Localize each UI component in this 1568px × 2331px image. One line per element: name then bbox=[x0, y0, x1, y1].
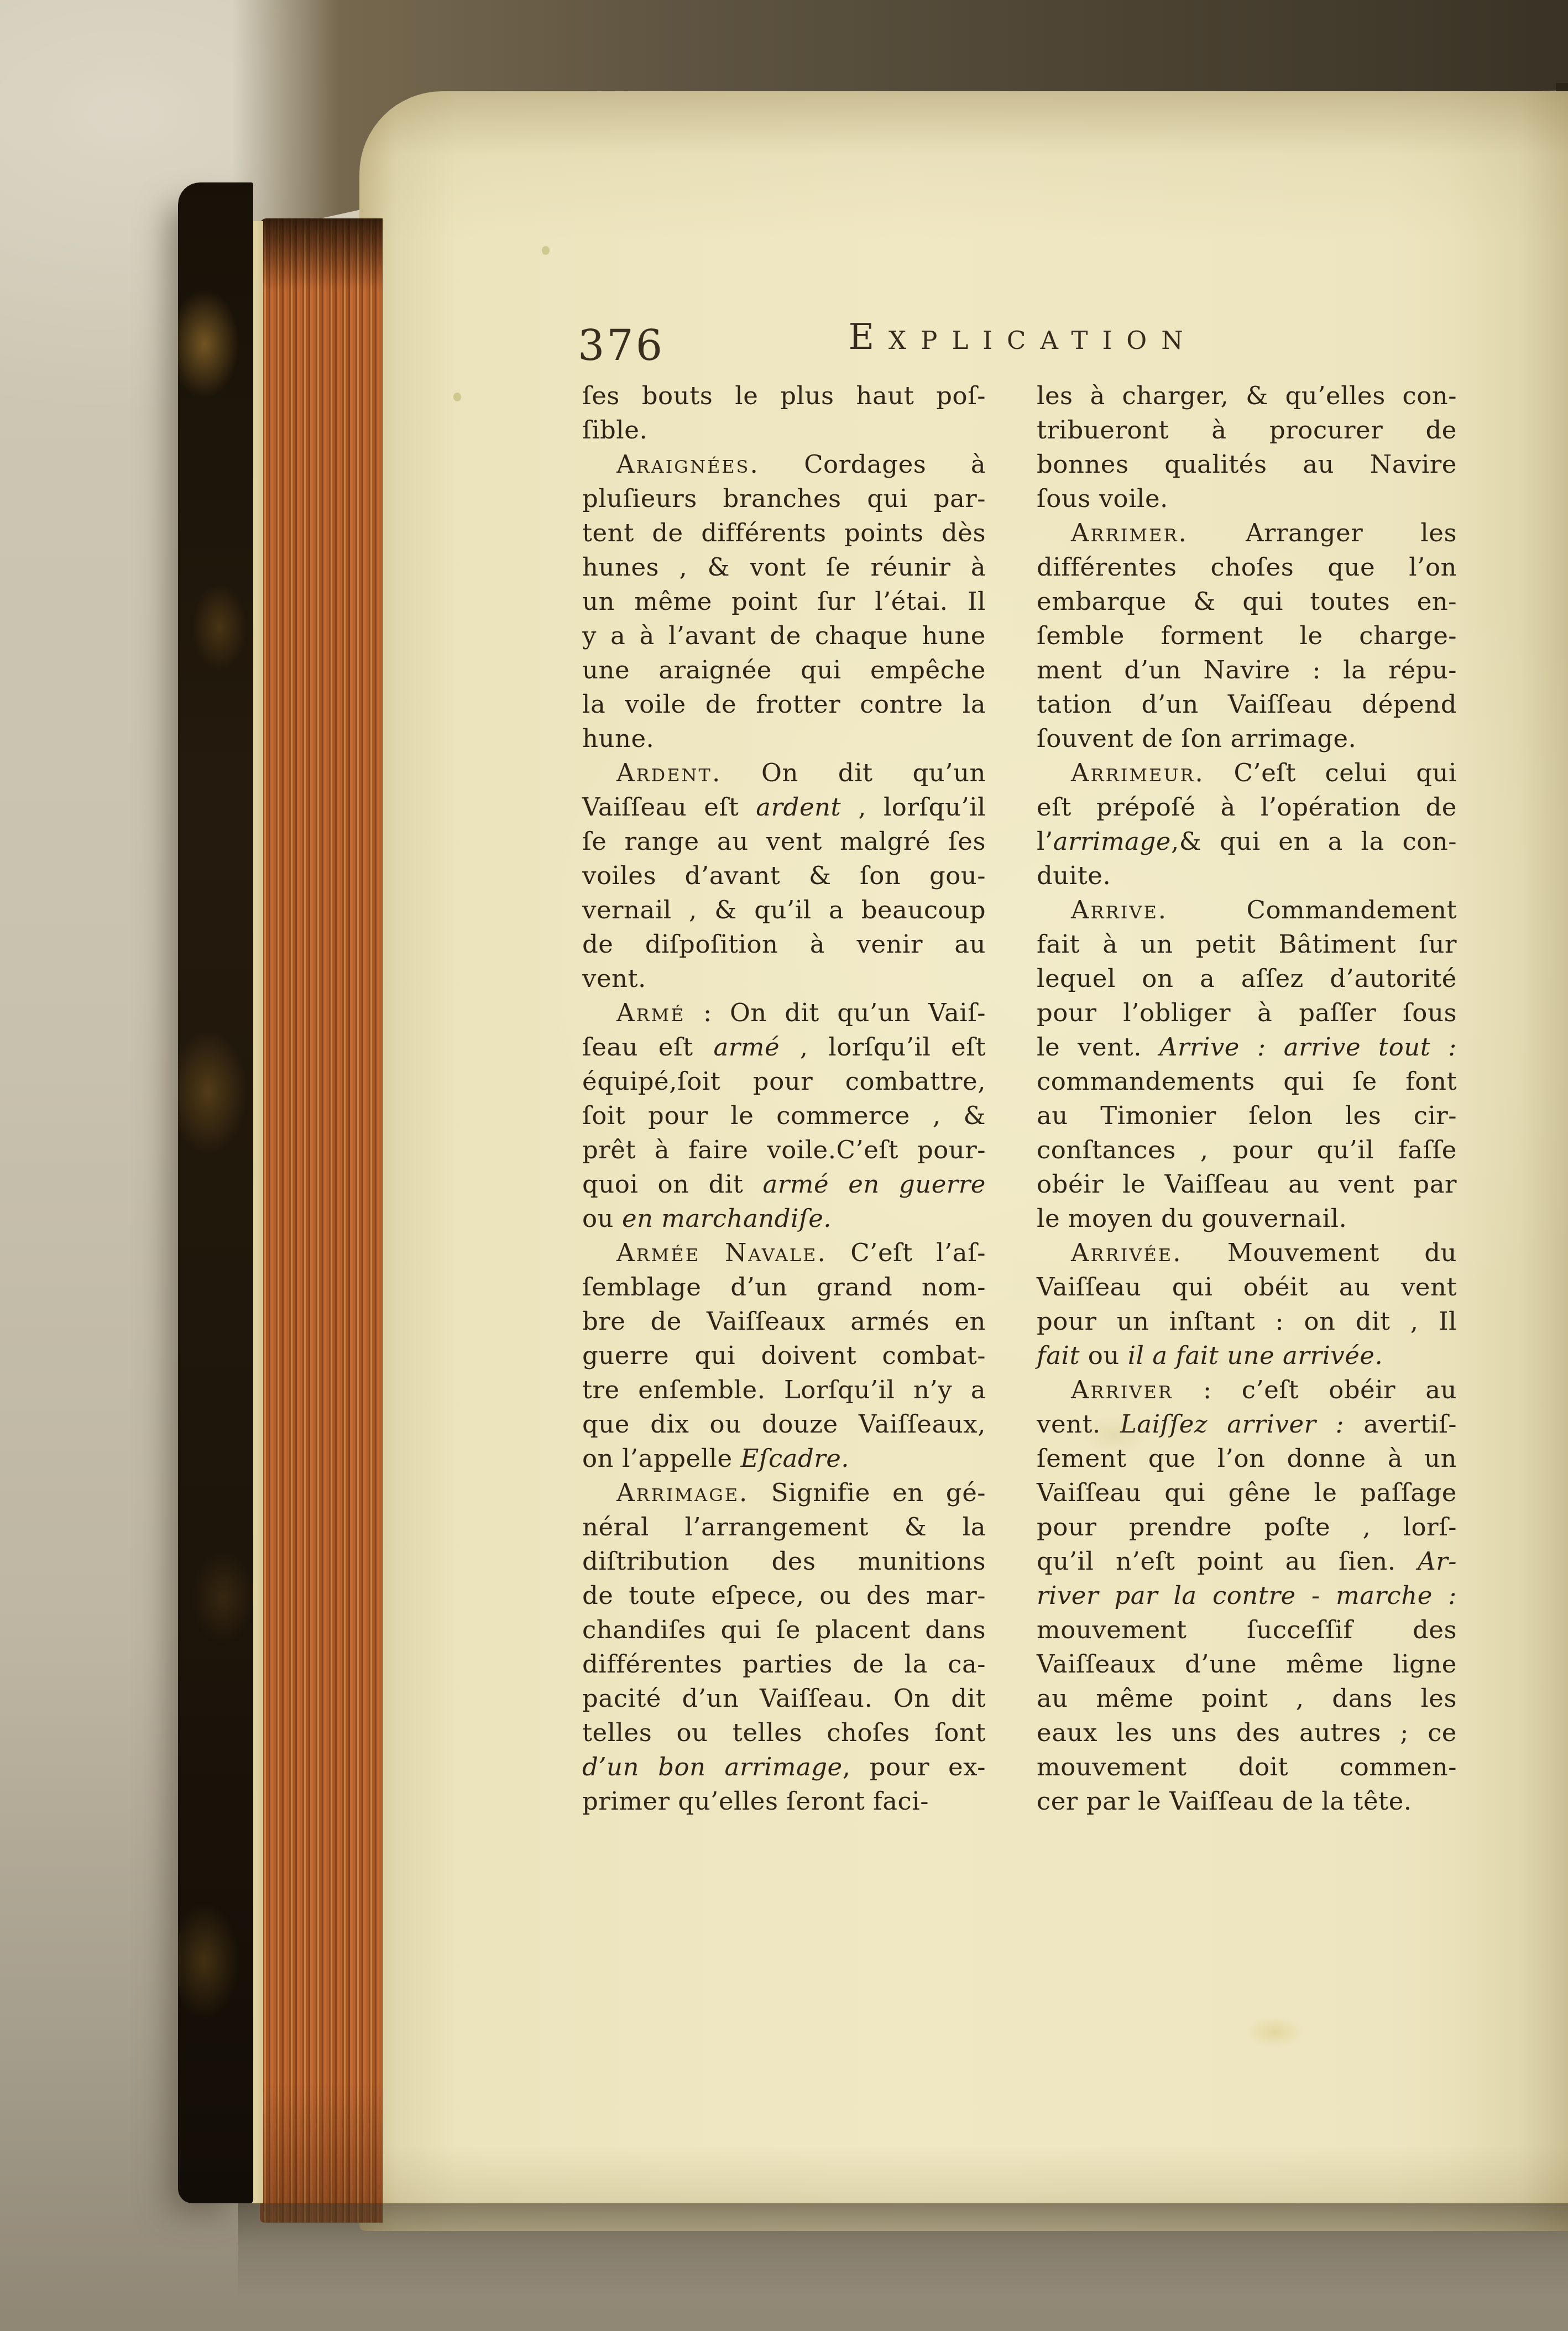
text-line: ſement que l’on donne à un bbox=[1037, 1441, 1457, 1476]
text-line: fait ou il a fait une arrivée. bbox=[1037, 1339, 1457, 1373]
body-text: hunes , & vont ſe réunir à bbox=[582, 552, 986, 582]
text-line: ſible. bbox=[582, 413, 986, 447]
text-line: on l’appelle Eſcadre. bbox=[582, 1441, 986, 1476]
body-text: la voile de frotter contre la bbox=[582, 689, 986, 719]
text-line: eſt prépoſé à l’opération de bbox=[1037, 790, 1457, 824]
text-line: commandements qui ſe font bbox=[1037, 1064, 1457, 1099]
text-line: conſtances , pour qu’il faſſe bbox=[1037, 1133, 1457, 1167]
body-text: pacité d’un Vaiſſeau. On dit bbox=[582, 1684, 986, 1713]
text-line: différentes parties de la ca- bbox=[582, 1647, 986, 1681]
dictionary-entry: Armée Navale. C’eſt l’aſ-ſemblage d’un g… bbox=[582, 1236, 986, 1476]
body-text: lequel on a aſſez d’autorité bbox=[1037, 964, 1457, 993]
body-text: les à charger, & qu’elles con- bbox=[1037, 381, 1457, 410]
text-line: une araignée qui empêche bbox=[582, 653, 986, 687]
text-line: Ardent. On dit qu’un bbox=[582, 756, 986, 790]
text-line: diſtribution des munitions bbox=[582, 1544, 986, 1579]
text-line: de diſpoſition à venir au bbox=[582, 927, 986, 961]
body-text: vent. bbox=[582, 964, 646, 993]
body-text: pour prendre poſte , lorſ- bbox=[1037, 1512, 1457, 1541]
body-text: Commandement bbox=[1168, 895, 1457, 924]
italic-text: armé bbox=[713, 1032, 780, 1062]
text-line: au Timonier ſelon les cir- bbox=[1037, 1099, 1457, 1133]
entry-headword: Armée Navale. bbox=[616, 1238, 827, 1267]
body-text: vent. bbox=[1037, 1409, 1120, 1439]
body-text: qu’il n’eſt point au ſien. bbox=[1037, 1546, 1418, 1576]
body-text: mouvement ſucceſſif des bbox=[1037, 1615, 1457, 1644]
body-text: bonnes qualités au Navire bbox=[1037, 450, 1457, 479]
body-text: vernail , & qu’il a beaucoup bbox=[582, 895, 986, 924]
entry-headword: Armé bbox=[616, 998, 686, 1027]
body-text: au Timonier ſelon les cir- bbox=[1037, 1101, 1457, 1130]
text-line: Arrimeur. C’eſt celui qui bbox=[1037, 756, 1457, 790]
entry-headword: Arrivée. bbox=[1071, 1238, 1182, 1267]
body-text: Vaiſſeau qui gêne le paſſage bbox=[1037, 1478, 1457, 1507]
body-text: : c’eſt obéir au bbox=[1173, 1375, 1457, 1404]
text-line: duite. bbox=[1037, 859, 1457, 893]
text-line: Vaiſſeaux d’une même ligne bbox=[1037, 1647, 1457, 1681]
body-text: ou bbox=[582, 1204, 622, 1233]
body-text: Vaiſſeau eſt bbox=[582, 792, 756, 822]
body-text: eaux les uns des autres ; ce bbox=[1037, 1718, 1457, 1747]
text-line: obéir le Vaiſſeau au vent par bbox=[1037, 1167, 1457, 1201]
text-line: chandiſes qui ſe placent dans bbox=[582, 1613, 986, 1647]
body-text: avertiſ- bbox=[1344, 1409, 1457, 1439]
right-column: les à charger, & qu’elles con-tribueront… bbox=[1037, 379, 1457, 1818]
body-text: Signifie en gé- bbox=[749, 1478, 986, 1507]
body-text: eſt prépoſé à l’opération de bbox=[1037, 792, 1457, 822]
body-text: obéir le Vaiſſeau au vent par bbox=[1037, 1169, 1457, 1199]
body-text: ſemble forment le charge- bbox=[1037, 621, 1457, 650]
text-line: primer qu’elles ſeront faci- bbox=[582, 1784, 986, 1818]
text-line: ſous voile. bbox=[1037, 482, 1457, 516]
text-line: tribueront à procurer de bbox=[1037, 413, 1457, 447]
body-text: de toute eſpece, ou des mar- bbox=[582, 1581, 986, 1610]
book-cover-board bbox=[178, 182, 253, 2203]
italic-text: Laiſſez arriver : bbox=[1120, 1409, 1344, 1439]
entry-headword: Ardent. bbox=[616, 758, 722, 787]
left-column: ſes bouts le plus haut poſ-ſible.Araigné… bbox=[582, 379, 986, 1818]
text-line: le moyen du gouvernail. bbox=[1037, 1201, 1457, 1236]
dictionary-entry: les à charger, & qu’elles con-tribueront… bbox=[1037, 379, 1457, 516]
italic-text: Arrive : arrive tout : bbox=[1159, 1032, 1457, 1062]
body-text: Vaiſſeaux d’une même ligne bbox=[1037, 1649, 1457, 1679]
body-text: tent de différents points dès bbox=[582, 518, 986, 547]
text-line: équipé,ſoit pour combattre, bbox=[582, 1064, 986, 1099]
body-text: guerre qui doivent combat- bbox=[582, 1341, 986, 1370]
text-line: Arrive. Commandement bbox=[1037, 893, 1457, 927]
entry-headword: Arriver bbox=[1071, 1375, 1173, 1404]
italic-text: ardent bbox=[756, 792, 841, 822]
body-text: ſeau eſt bbox=[582, 1032, 713, 1062]
body-text: Arranger les bbox=[1188, 518, 1457, 547]
page-number: 376 bbox=[578, 321, 665, 370]
text-line: prêt à faire voile.C’eſt pour- bbox=[582, 1133, 986, 1167]
book-bottom-shadow bbox=[238, 2203, 1568, 2297]
text-line: Vaiſſeau qui gêne le paſſage bbox=[1037, 1476, 1457, 1510]
entry-headword: Arrimer. bbox=[1071, 518, 1188, 547]
body-text: Vaiſſeau qui obéit au vent bbox=[1037, 1272, 1457, 1302]
body-text: y a à l’avant de chaque hune bbox=[582, 621, 986, 650]
body-text: que dix ou douze Vaiſſeaux, bbox=[582, 1409, 986, 1439]
text-line: ſes bouts le plus haut poſ- bbox=[582, 379, 986, 413]
italic-text: en marchandiſe. bbox=[622, 1204, 832, 1233]
body-text: pour un inſtant : on dit , Il bbox=[1037, 1306, 1457, 1336]
page-stain bbox=[1233, 2010, 1316, 2054]
body-text: ſoit pour le commerce , & bbox=[582, 1101, 986, 1130]
italic-text: arrimage bbox=[1053, 827, 1171, 856]
entry-headword: Arrive. bbox=[1071, 895, 1168, 924]
text-line: un même point ſur l’étai. Il bbox=[582, 584, 986, 619]
body-text: ment d’un Navire : la répu- bbox=[1037, 655, 1457, 684]
body-text: équipé,ſoit pour combattre, bbox=[582, 1067, 986, 1096]
body-text: prêt à faire voile.C’eſt pour- bbox=[582, 1135, 986, 1164]
entry-headword: Araignées. bbox=[616, 450, 760, 479]
body-text: ſemblage d’un grand nom- bbox=[582, 1272, 986, 1302]
text-line: hunes , & vont ſe réunir à bbox=[582, 550, 986, 584]
body-text: fait à un petit Bâtiment ſur bbox=[1037, 929, 1457, 959]
body-text: l’ bbox=[1037, 827, 1053, 856]
body-text: on l’appelle bbox=[582, 1444, 740, 1473]
text-line: eaux les uns des autres ; ce bbox=[1037, 1716, 1457, 1750]
text-line: le vent. Arrive : arrive tout : bbox=[1037, 1030, 1457, 1064]
book-fore-edge-pages bbox=[260, 218, 383, 2223]
body-text: différentes parties de la ca- bbox=[582, 1649, 986, 1679]
body-text: différentes choſes que l’on bbox=[1037, 552, 1457, 582]
text-line: pluſieurs branches qui par- bbox=[582, 482, 986, 516]
body-text: bre de Vaiſſeaux armés en bbox=[582, 1306, 986, 1336]
body-text: Mouvement du bbox=[1182, 1238, 1457, 1267]
dictionary-entry: Armé : On dit qu’un Vaiſ-ſeau eſt armé ,… bbox=[582, 996, 986, 1236]
text-line: ſouvent de ſon arrimage. bbox=[1037, 722, 1457, 756]
text-line: vent. Laiſſez arriver : avertiſ- bbox=[1037, 1407, 1457, 1441]
body-text: : On dit qu’un Vaiſ- bbox=[686, 998, 986, 1027]
text-line: bre de Vaiſſeaux armés en bbox=[582, 1304, 986, 1339]
text-line: que dix ou douze Vaiſſeaux, bbox=[582, 1407, 986, 1441]
text-line: river par la contre - marche : bbox=[1037, 1579, 1457, 1613]
italic-text: Ar- bbox=[1418, 1546, 1457, 1576]
text-line: embarque & qui toutes en- bbox=[1037, 584, 1457, 619]
text-line: ſoit pour le commerce , & bbox=[582, 1099, 986, 1133]
text-line: de toute eſpece, ou des mar- bbox=[582, 1579, 986, 1613]
text-line: lequel on a aſſez d’autorité bbox=[1037, 961, 1457, 996]
entry-headword: Arrimage. bbox=[616, 1478, 749, 1507]
body-text: voiles d’avant & ſon gou- bbox=[582, 861, 986, 890]
text-line: voiles d’avant & ſon gou- bbox=[582, 859, 986, 893]
body-text: C’eſt l’aſ- bbox=[827, 1238, 986, 1267]
dictionary-entry: Arriver : c’eſt obéir auvent. Laiſſez ar… bbox=[1037, 1373, 1457, 1818]
body-text: le moyen du gouvernail. bbox=[1037, 1204, 1347, 1233]
italic-text: il a fait une arrivée. bbox=[1128, 1341, 1383, 1370]
text-line: hune. bbox=[582, 722, 986, 756]
body-text: ſous voile. bbox=[1037, 484, 1168, 513]
text-line: pour un inſtant : on dit , Il bbox=[1037, 1304, 1457, 1339]
body-text: ſes bouts le plus haut poſ- bbox=[582, 381, 986, 410]
body-text: ſible. bbox=[582, 415, 647, 445]
body-text: un même point ſur l’étai. Il bbox=[582, 587, 986, 616]
dictionary-entry: Arrimage. Signifie en gé-néral l’arrange… bbox=[582, 1476, 986, 1818]
body-text: tre enſemble. Lorſqu’il n’y a bbox=[582, 1375, 986, 1404]
body-text: quoi on dit bbox=[582, 1169, 762, 1199]
text-line: Arrivée. Mouvement du bbox=[1037, 1236, 1457, 1270]
body-text: Cordages à bbox=[760, 450, 986, 479]
italic-text: fait bbox=[1037, 1341, 1080, 1370]
body-text: de diſpoſition à venir au bbox=[582, 929, 986, 959]
body-text: duite. bbox=[1037, 861, 1111, 890]
text-line: Araignées. Cordages à bbox=[582, 447, 986, 482]
foxing-speck bbox=[453, 393, 461, 401]
entry-headword: Arrimeur. bbox=[1071, 758, 1205, 787]
body-text: ſouvent de ſon arrimage. bbox=[1037, 724, 1356, 753]
text-line: Armé : On dit qu’un Vaiſ- bbox=[582, 996, 986, 1030]
body-text: diſtribution des munitions bbox=[582, 1546, 986, 1576]
text-line: vernail , & qu’il a beaucoup bbox=[582, 893, 986, 927]
text-line: Vaiſſeau eſt ardent , lorſqu’il bbox=[582, 790, 986, 824]
text-line: pacité d’un Vaiſſeau. On dit bbox=[582, 1681, 986, 1716]
text-line: Armée Navale. C’eſt l’aſ- bbox=[582, 1236, 986, 1270]
text-line: tre enſemble. Lorſqu’il n’y a bbox=[582, 1373, 986, 1407]
body-text: cer par le Vaiſſeau de la tête. bbox=[1037, 1786, 1412, 1816]
text-line: au même point , dans les bbox=[1037, 1681, 1457, 1716]
body-text: primer qu’elles ſeront faci- bbox=[582, 1786, 929, 1816]
text-line: les à charger, & qu’elles con- bbox=[1037, 379, 1457, 413]
body-text: mouvement doit commen- bbox=[1037, 1752, 1457, 1781]
body-text: tation d’un Vaiſſeau dépend bbox=[1037, 689, 1457, 719]
text-line: mouvement doit commen- bbox=[1037, 1750, 1457, 1784]
text-line: quoi on dit armé en guerre bbox=[582, 1167, 986, 1201]
text-line: ſemble forment le charge- bbox=[1037, 619, 1457, 653]
body-text: On dit qu’un bbox=[722, 758, 986, 787]
text-line: cer par le Vaiſſeau de la tête. bbox=[1037, 1784, 1457, 1818]
dictionary-entry: Arrivée. Mouvement duVaiſſeau qui obéit … bbox=[1037, 1236, 1457, 1373]
dictionary-entry: ſes bouts le plus haut poſ-ſible. bbox=[582, 379, 986, 447]
text-line: ſemblage d’un grand nom- bbox=[582, 1270, 986, 1304]
text-line: ſeau eſt armé , lorſqu’il eſt bbox=[582, 1030, 986, 1064]
text-line: y a à l’avant de chaque hune bbox=[582, 619, 986, 653]
text-line: Arrimage. Signifie en gé- bbox=[582, 1476, 986, 1510]
photo-scene: 376 Explication ſes bouts le plus haut p… bbox=[0, 0, 1568, 2331]
text-line: ment d’un Navire : la répu- bbox=[1037, 653, 1457, 687]
text-line: fait à un petit Bâtiment ſur bbox=[1037, 927, 1457, 961]
book-page: 376 Explication ſes bouts le plus haut p… bbox=[359, 91, 1568, 2231]
text-line: différentes choſes que l’on bbox=[1037, 550, 1457, 584]
body-text: hune. bbox=[582, 724, 654, 753]
body-text: , lorſqu’il bbox=[841, 792, 986, 822]
italic-text: river par la contre - marche : bbox=[1037, 1581, 1457, 1610]
foxing-speck bbox=[1144, 1766, 1152, 1775]
body-text: ,& qui en a la con- bbox=[1171, 827, 1457, 856]
text-line: néral l’arrangement & la bbox=[582, 1510, 986, 1544]
body-text: embarque & qui toutes en- bbox=[1037, 587, 1457, 616]
body-text: le vent. bbox=[1037, 1032, 1159, 1062]
body-text: ſe range au vent malgré ſes bbox=[582, 827, 986, 856]
dictionary-entry: Araignées. Cordages àpluſieurs branches … bbox=[582, 447, 986, 756]
body-text: ſement que l’on donne à un bbox=[1037, 1444, 1457, 1473]
text-line: l’arrimage,& qui en a la con- bbox=[1037, 824, 1457, 859]
text-line: bonnes qualités au Navire bbox=[1037, 447, 1457, 482]
text-line: d’un bon arrimage, pour ex- bbox=[582, 1750, 986, 1784]
body-text: commandements qui ſe font bbox=[1037, 1067, 1457, 1096]
text-line: guerre qui doivent combat- bbox=[582, 1339, 986, 1373]
body-text: chandiſes qui ſe placent dans bbox=[582, 1615, 986, 1644]
text-line: vent. bbox=[582, 961, 986, 996]
text-line: ou en marchandiſe. bbox=[582, 1201, 986, 1236]
body-text: une araignée qui empêche bbox=[582, 655, 986, 684]
body-text: pour l’obliger à paſſer ſous bbox=[1037, 998, 1457, 1027]
body-text: , pour ex- bbox=[843, 1752, 986, 1781]
text-line: Arrimer. Arranger les bbox=[1037, 516, 1457, 550]
foxing-speck bbox=[542, 246, 550, 255]
text-line: telles ou telles choſes ſont bbox=[582, 1716, 986, 1750]
text-line: Arriver : c’eſt obéir au bbox=[1037, 1373, 1457, 1407]
dictionary-entry: Arrimer. Arranger lesdifférentes choſes … bbox=[1037, 516, 1457, 756]
body-text: , lorſqu’il eſt bbox=[780, 1032, 986, 1062]
dictionary-entry: Arrimeur. C’eſt celui quieſt prépoſé à l… bbox=[1037, 756, 1457, 893]
body-text: néral l’arrangement & la bbox=[582, 1512, 986, 1541]
body-text: ou bbox=[1080, 1341, 1128, 1370]
text-line: la voile de frotter contre la bbox=[582, 687, 986, 722]
body-text: au même point , dans les bbox=[1037, 1684, 1457, 1713]
body-text: conſtances , pour qu’il faſſe bbox=[1037, 1135, 1457, 1164]
text-line: pour prendre poſte , lorſ- bbox=[1037, 1510, 1457, 1544]
body-text: C’eſt celui qui bbox=[1205, 758, 1457, 787]
text-line: qu’il n’eſt point au ſien. Ar- bbox=[1037, 1544, 1457, 1579]
text-line: tent de différents points dès bbox=[582, 516, 986, 550]
body-text: tribueront à procurer de bbox=[1037, 415, 1457, 445]
italic-text: d’un bon arrimage bbox=[582, 1752, 843, 1781]
text-line: Vaiſſeau qui obéit au vent bbox=[1037, 1270, 1457, 1304]
page-header-title: Explication bbox=[735, 317, 1310, 358]
body-text: pluſieurs branches qui par- bbox=[582, 484, 986, 513]
body-text: telles ou telles choſes ſont bbox=[582, 1718, 986, 1747]
text-line: mouvement ſucceſſif des bbox=[1037, 1613, 1457, 1647]
text-line: pour l’obliger à paſſer ſous bbox=[1037, 996, 1457, 1030]
text-line: ſe range au vent malgré ſes bbox=[582, 824, 986, 859]
italic-text: Eſcadre. bbox=[740, 1444, 849, 1473]
text-line: tation d’un Vaiſſeau dépend bbox=[1037, 687, 1457, 722]
dictionary-entry: Ardent. On dit qu’unVaiſſeau eſt ardent … bbox=[582, 756, 986, 996]
dictionary-entry: Arrive. Commandementfait à un petit Bâti… bbox=[1037, 893, 1457, 1236]
italic-text: armé en guerre bbox=[762, 1169, 986, 1199]
